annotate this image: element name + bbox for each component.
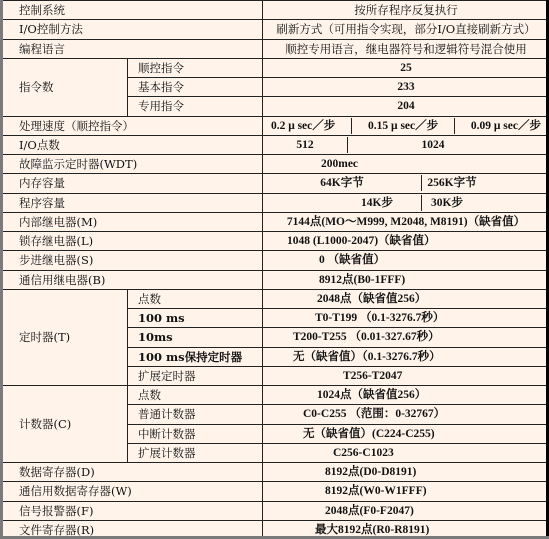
row-label: 内部继电器(M) <box>1 212 263 231</box>
row-label: 内存容量 <box>1 174 263 193</box>
sub-label: 点数 <box>128 386 263 405</box>
row-value: 2048点(F0-F2047) <box>263 501 549 520</box>
row-label: 数据寄存器(D) <box>1 463 263 482</box>
table-row: I/O控制方法 刷新方式（可用指令实现，部分I/O直接刷新方式） <box>1 20 549 39</box>
group-label-instructions: 指令数 <box>1 58 128 116</box>
row-value: 按所存程序反复执行 <box>263 1 549 20</box>
row-value: 顺控专用语言，继电器符号和逻辑符号混合使用 <box>263 39 549 58</box>
speed-value: 0.09 μ sec／步 <box>471 117 541 135</box>
sub-value: C256-C1023 <box>263 443 549 462</box>
io-value: 512 <box>263 136 347 154</box>
table-row: 定时器(T) 点数 2048点（缺省值256） <box>1 289 549 308</box>
sub-label: 顺控指令 <box>128 58 263 77</box>
table-row: 处理速度（顺控指令） 0.2 μ sec／步 0.15 μ sec／步 0.09… <box>1 116 549 135</box>
row-value: 200mec <box>263 155 549 174</box>
table-row: 计数器(C) 点数 1024点（缺省值256） <box>1 386 549 405</box>
row-label: 编程语言 <box>1 39 263 58</box>
row-label: 故障监示定时器(WDT) <box>1 155 263 174</box>
sub-value: 无（缺省值）(C224-C255) <box>263 424 549 443</box>
sub-value: 25 <box>263 58 549 77</box>
table-row: 内部继电器(M) 7144点(MO～M999, M2048, M8191)（缺省… <box>1 212 549 231</box>
sub-label: 100 ms <box>128 309 263 328</box>
sub-label: 专用指令 <box>128 97 263 116</box>
sub-value: T0-T199 （0.1-3276.7秒） <box>263 309 549 328</box>
divider <box>351 118 352 134</box>
memory-values: 64K字节 256K字节 <box>263 174 549 193</box>
program-value: 14K步 <box>263 194 421 212</box>
table-row: 内存容量 64K字节 256K字节 <box>1 174 549 193</box>
left-border <box>0 0 3 539</box>
memory-value: 64K字节 <box>263 174 421 192</box>
sub-label: 扩展定时器 <box>128 366 263 385</box>
row-value: 0 （缺省值） <box>263 251 549 270</box>
program-value: 30K步 <box>422 194 472 212</box>
group-label-counters: 计数器(C) <box>1 386 128 463</box>
row-label: 程序容量 <box>1 193 263 212</box>
row-label: 锁存继电器(L) <box>1 232 263 251</box>
sub-label: 基本指令 <box>128 78 263 97</box>
table-row: 通信用继电器(B) 8912点(B0-1FFF) <box>1 270 549 289</box>
sub-label: 100 ms保持定时器 <box>128 347 263 366</box>
row-value: 8192点(D0-D8191) <box>263 463 549 482</box>
table-row: 数据寄存器(D) 8192点(D0-D8191) <box>1 463 549 482</box>
table-row: 通信用数据寄存器(W) 8192点(W0-W1FFF) <box>1 482 549 501</box>
row-label: 控制系统 <box>1 1 263 20</box>
memory-value: 256K字节 <box>422 174 482 192</box>
sub-value: 2048点（缺省值256） <box>263 289 549 308</box>
sub-label: 扩展计数器 <box>128 443 263 462</box>
table-row: 信号报警器(F) 2048点(F0-F2047) <box>1 501 549 520</box>
row-value: 8912点(B0-1FFF) <box>263 270 549 289</box>
row-value: 8192点(W0-W1FFF) <box>263 482 549 501</box>
table-row: 编程语言 顺控专用语言，继电器符号和逻辑符号混合使用 <box>1 39 549 58</box>
row-label: 信号报警器(F) <box>1 501 263 520</box>
table-row: 故障监示定时器(WDT) 200mec <box>1 155 549 174</box>
sub-value: T256-T2047 <box>263 366 549 385</box>
speed-values: 0.2 μ sec／步 0.15 μ sec／步 0.09 μ sec／步 <box>263 116 549 135</box>
io-value: 1024 <box>348 136 518 154</box>
sub-label: 中断计数器 <box>128 424 263 443</box>
group-label-timers: 定时器(T) <box>1 289 128 385</box>
row-value: 1048 (L1000-2047)（缺省值） <box>263 232 549 251</box>
row-label: 步进继电器(S) <box>1 251 263 270</box>
row-label: 处理速度（顺控指令） <box>1 116 263 135</box>
speed-value: 0.2 μ sec／步 <box>271 117 335 135</box>
row-label: 通信用数据寄存器(W) <box>1 482 263 501</box>
sub-value: 233 <box>263 78 549 97</box>
row-value: 刷新方式（可用指令实现，部分I/O直接刷新方式） <box>263 20 549 39</box>
table-row: 程序容量 14K步 30K步 <box>1 193 549 212</box>
table-row: 指令数 顺控指令 25 <box>1 58 549 77</box>
plc-spec-table: 控制系统 按所存程序反复执行 I/O控制方法 刷新方式（可用指令实现，部分I/O… <box>0 0 549 539</box>
divider <box>454 118 455 134</box>
table-row: 锁存继电器(L) 1048 (L1000-2047)（缺省值） <box>1 232 549 251</box>
sub-value: C0-C255 （范围：0-32767） <box>263 405 549 424</box>
io-values: 512 1024 <box>263 135 549 154</box>
sub-label: 点数 <box>128 289 263 308</box>
row-label: 通信用继电器(B) <box>1 270 263 289</box>
row-label: I/O点数 <box>1 135 263 154</box>
row-value: 7144点(MO～M999, M2048, M8191)（缺省值） <box>263 212 549 231</box>
program-values: 14K步 30K步 <box>263 193 549 212</box>
sub-label: 10ms <box>128 328 263 347</box>
sub-value: 无（缺省值）（0.1-3276.7秒） <box>263 347 549 366</box>
table-row: 控制系统 按所存程序反复执行 <box>1 1 549 20</box>
speed-value: 0.15 μ sec／步 <box>368 117 438 135</box>
row-label: I/O控制方法 <box>1 20 263 39</box>
sub-value: 1024点（缺省值256） <box>263 386 549 405</box>
sub-value: 204 <box>263 97 549 116</box>
sub-label: 普通计数器 <box>128 405 263 424</box>
table-row: I/O点数 512 1024 <box>1 135 549 154</box>
sub-value: T200-T255 （0.01-327.67秒） <box>263 328 549 347</box>
table-row: 步进继电器(S) 0 （缺省值） <box>1 251 549 270</box>
